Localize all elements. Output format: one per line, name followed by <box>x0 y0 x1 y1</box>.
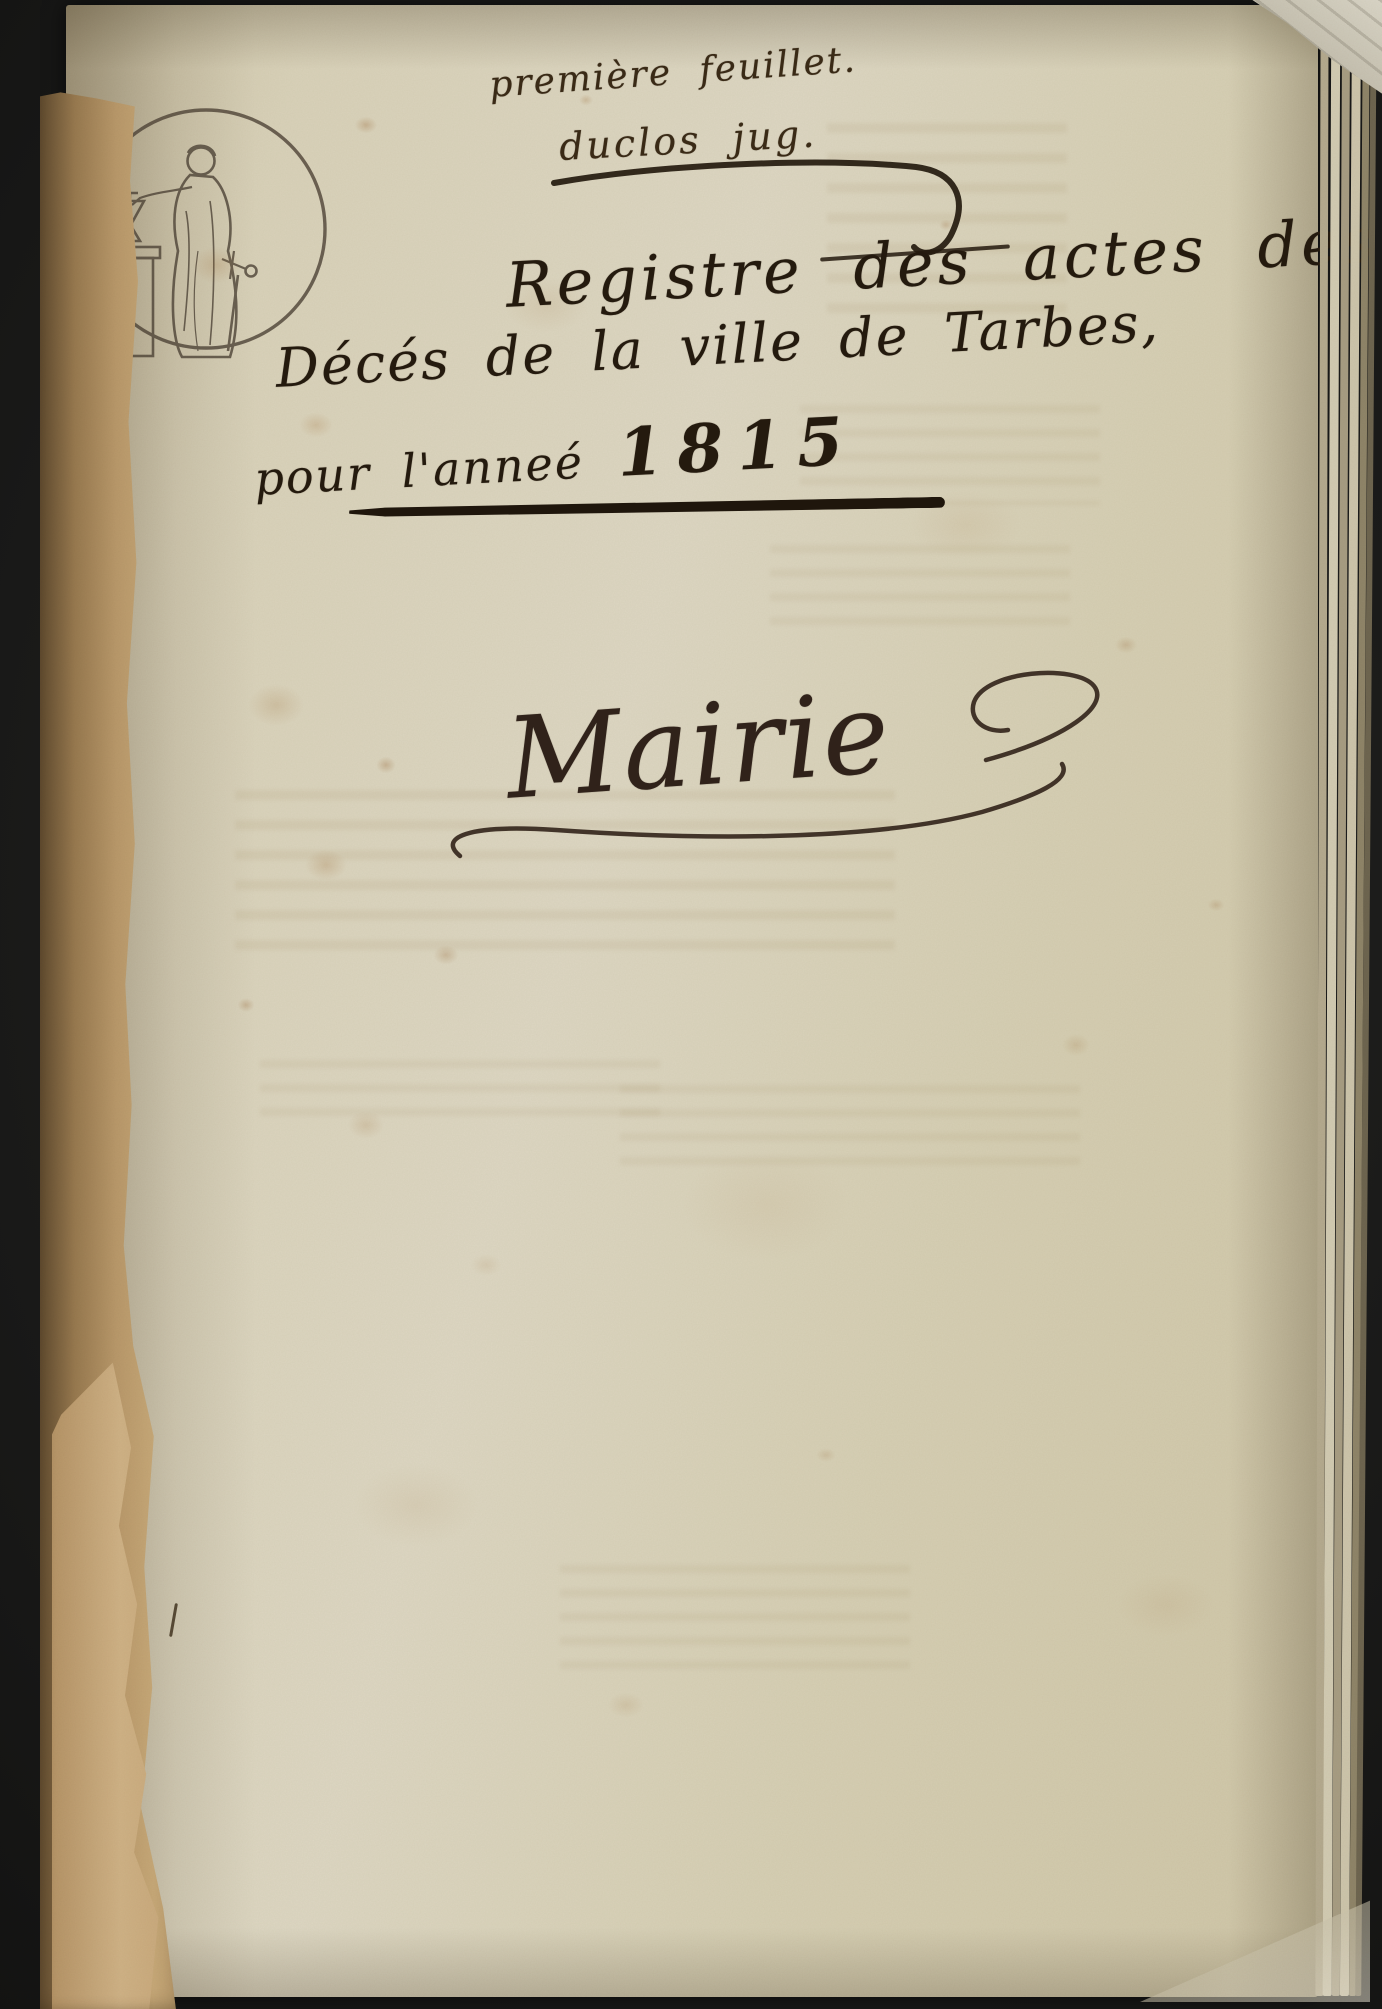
bleed-through-text <box>560 1565 910 1685</box>
title-year-prefix: pour l'anneé <box>253 435 585 506</box>
mairie-flourish-stroke <box>426 660 1126 890</box>
stray-ink-mark <box>169 1603 178 1637</box>
register-page: première feuillet. duclos jug. Registre … <box>66 5 1318 1997</box>
scanned-register-cover: { "document": { "annotation": { "line1":… <box>0 0 1382 2009</box>
annotation-premier-feuillet: première feuillet. <box>488 39 858 106</box>
bleed-through-text <box>770 545 1070 625</box>
bleed-through-text <box>260 1060 660 1120</box>
title-year: 1815 <box>615 401 858 491</box>
bleed-through-text <box>620 1085 1080 1165</box>
title-line-3: pour l'anneé1815 <box>252 401 859 510</box>
